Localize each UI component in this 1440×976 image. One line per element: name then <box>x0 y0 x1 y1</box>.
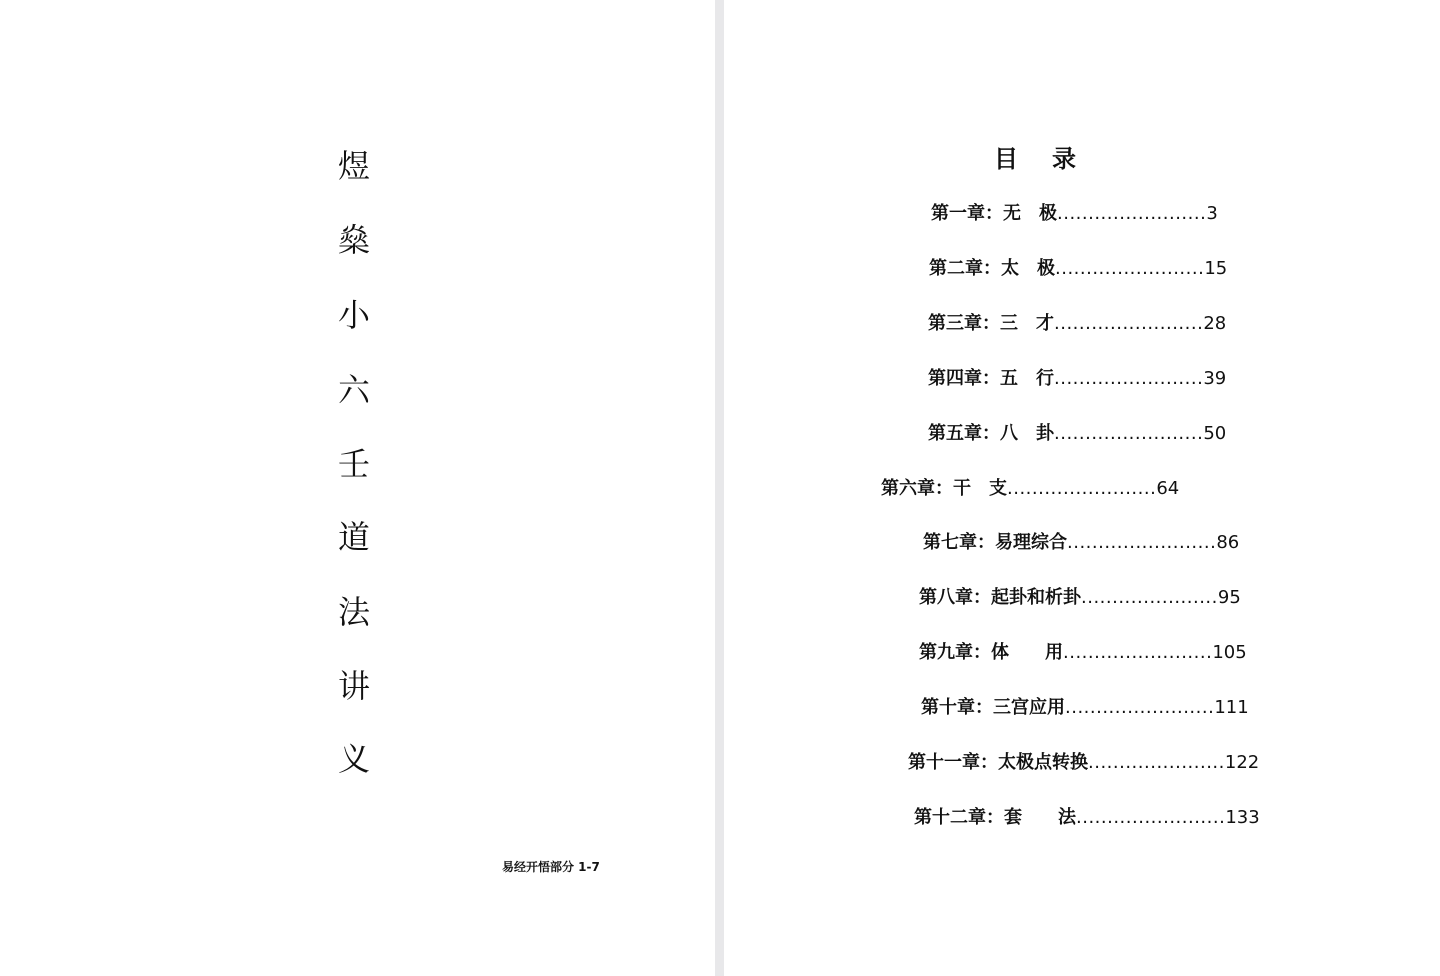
toc-page-number: 3 <box>1206 203 1217 225</box>
book-subtitle: 易经开悟部分 1-7 <box>502 859 600 875</box>
toc-chapter-title: 起卦和析卦 <box>991 587 1081 609</box>
toc-chapter-title: 三 才 <box>1000 313 1054 335</box>
toc-chapter-title: 易理综合 <box>995 532 1067 554</box>
toc-page-number: 86 <box>1216 532 1239 554</box>
toc-entry[interactable]: 第九章： 体 用 ........................ 105 <box>919 642 1247 664</box>
book-title-char: 小 <box>336 297 372 333</box>
toc-heading-char: 录 <box>1052 144 1076 174</box>
toc-entry[interactable]: 第一章： 无 极 ........................ 3 <box>931 203 1218 225</box>
toc-entry[interactable]: 第十一章： 太极点转换 ...................... 122 <box>908 752 1259 774</box>
toc-chapter-label: 第八章： <box>919 587 991 609</box>
toc-page-number: 15 <box>1204 258 1227 280</box>
toc-page-number: 50 <box>1203 423 1226 445</box>
book-title-char: 法 <box>336 594 372 630</box>
toc-page-number: 39 <box>1203 368 1226 390</box>
toc-chapter-label: 第九章： <box>919 642 991 664</box>
toc-leader-dots: ........................ <box>1065 697 1214 719</box>
toc-page-number: 122 <box>1225 752 1259 774</box>
toc-leader-dots: ........................ <box>1067 532 1216 554</box>
toc-entry[interactable]: 第二章： 太 极 ........................ 15 <box>929 258 1227 280</box>
toc-chapter-title: 五 行 <box>1000 368 1054 390</box>
toc-chapter-label: 第四章： <box>928 368 1000 390</box>
toc-leader-dots: ........................ <box>1057 203 1206 225</box>
toc-chapter-title: 无 极 <box>1003 203 1057 225</box>
toc-entry[interactable]: 第十章： 三宫应用 ........................ 111 <box>921 697 1249 719</box>
toc-entry[interactable]: 第三章： 三 才 ........................ 28 <box>928 313 1226 335</box>
toc-leader-dots: ...................... <box>1081 587 1218 609</box>
toc-chapter-label: 第二章： <box>929 258 1001 280</box>
toc-heading: 目录 <box>994 144 1076 174</box>
toc-entry[interactable]: 第六章： 干 支 ........................ 64 <box>881 478 1179 500</box>
toc-chapter-label: 第三章： <box>928 313 1000 335</box>
toc-chapter-title: 套 法 <box>1004 807 1076 829</box>
page-gutter <box>715 0 724 976</box>
toc-chapter-label: 第十章： <box>921 697 993 719</box>
left-page: 煜 燊 小 六 壬 道 法 讲 义 易经开悟部分 1-7 <box>0 0 715 976</box>
toc-entry[interactable]: 第八章： 起卦和析卦 ...................... 95 <box>919 587 1241 609</box>
toc-chapter-label: 第六章： <box>881 478 953 500</box>
toc-leader-dots: ........................ <box>1054 368 1203 390</box>
toc-leader-dots: ........................ <box>1055 258 1204 280</box>
book-title-char: 六 <box>336 372 372 408</box>
toc-leader-dots: ...................... <box>1088 752 1225 774</box>
toc-leader-dots: ........................ <box>1054 313 1203 335</box>
toc-leader-dots: ........................ <box>1076 807 1225 829</box>
toc-page-number: 105 <box>1212 642 1246 664</box>
toc-page-number: 133 <box>1225 807 1259 829</box>
toc-chapter-label: 第一章： <box>931 203 1003 225</box>
toc-entry[interactable]: 第七章： 易理综合 ........................ 86 <box>923 532 1239 554</box>
toc-leader-dots: ........................ <box>1063 642 1212 664</box>
toc-leader-dots: ........................ <box>1054 423 1203 445</box>
toc-page-number: 95 <box>1218 587 1241 609</box>
toc-entry[interactable]: 第四章： 五 行 ........................ 39 <box>928 368 1226 390</box>
toc-chapter-title: 太极点转换 <box>998 752 1088 774</box>
toc-chapter-title: 八 卦 <box>1000 423 1054 445</box>
toc-page-number: 64 <box>1156 478 1179 500</box>
toc-chapter-title: 太 极 <box>1001 258 1055 280</box>
toc-chapter-title: 体 用 <box>991 642 1063 664</box>
toc-chapter-label: 第十二章： <box>914 807 1004 829</box>
toc-chapter-title: 干 支 <box>953 478 1007 500</box>
book-title-char: 道 <box>336 519 372 555</box>
toc-page-number: 28 <box>1203 313 1226 335</box>
toc-entry[interactable]: 第十二章： 套 法 ........................ 133 <box>914 807 1260 829</box>
book-title-char: 义 <box>336 741 372 777</box>
book-title-char: 煜 <box>336 148 372 184</box>
toc-entry[interactable]: 第五章： 八 卦 ........................ 50 <box>928 423 1226 445</box>
toc-page-number: 111 <box>1214 697 1248 719</box>
toc-heading-char: 目 <box>994 144 1018 174</box>
book-title-char: 壬 <box>336 446 372 482</box>
book-title-char: 燊 <box>336 222 372 258</box>
toc-chapter-label: 第七章： <box>923 532 995 554</box>
toc-chapter-title: 三宫应用 <box>993 697 1065 719</box>
toc-chapter-label: 第十一章： <box>908 752 998 774</box>
book-title-char: 讲 <box>336 668 372 704</box>
toc-chapter-label: 第五章： <box>928 423 1000 445</box>
toc-leader-dots: ........................ <box>1007 478 1156 500</box>
